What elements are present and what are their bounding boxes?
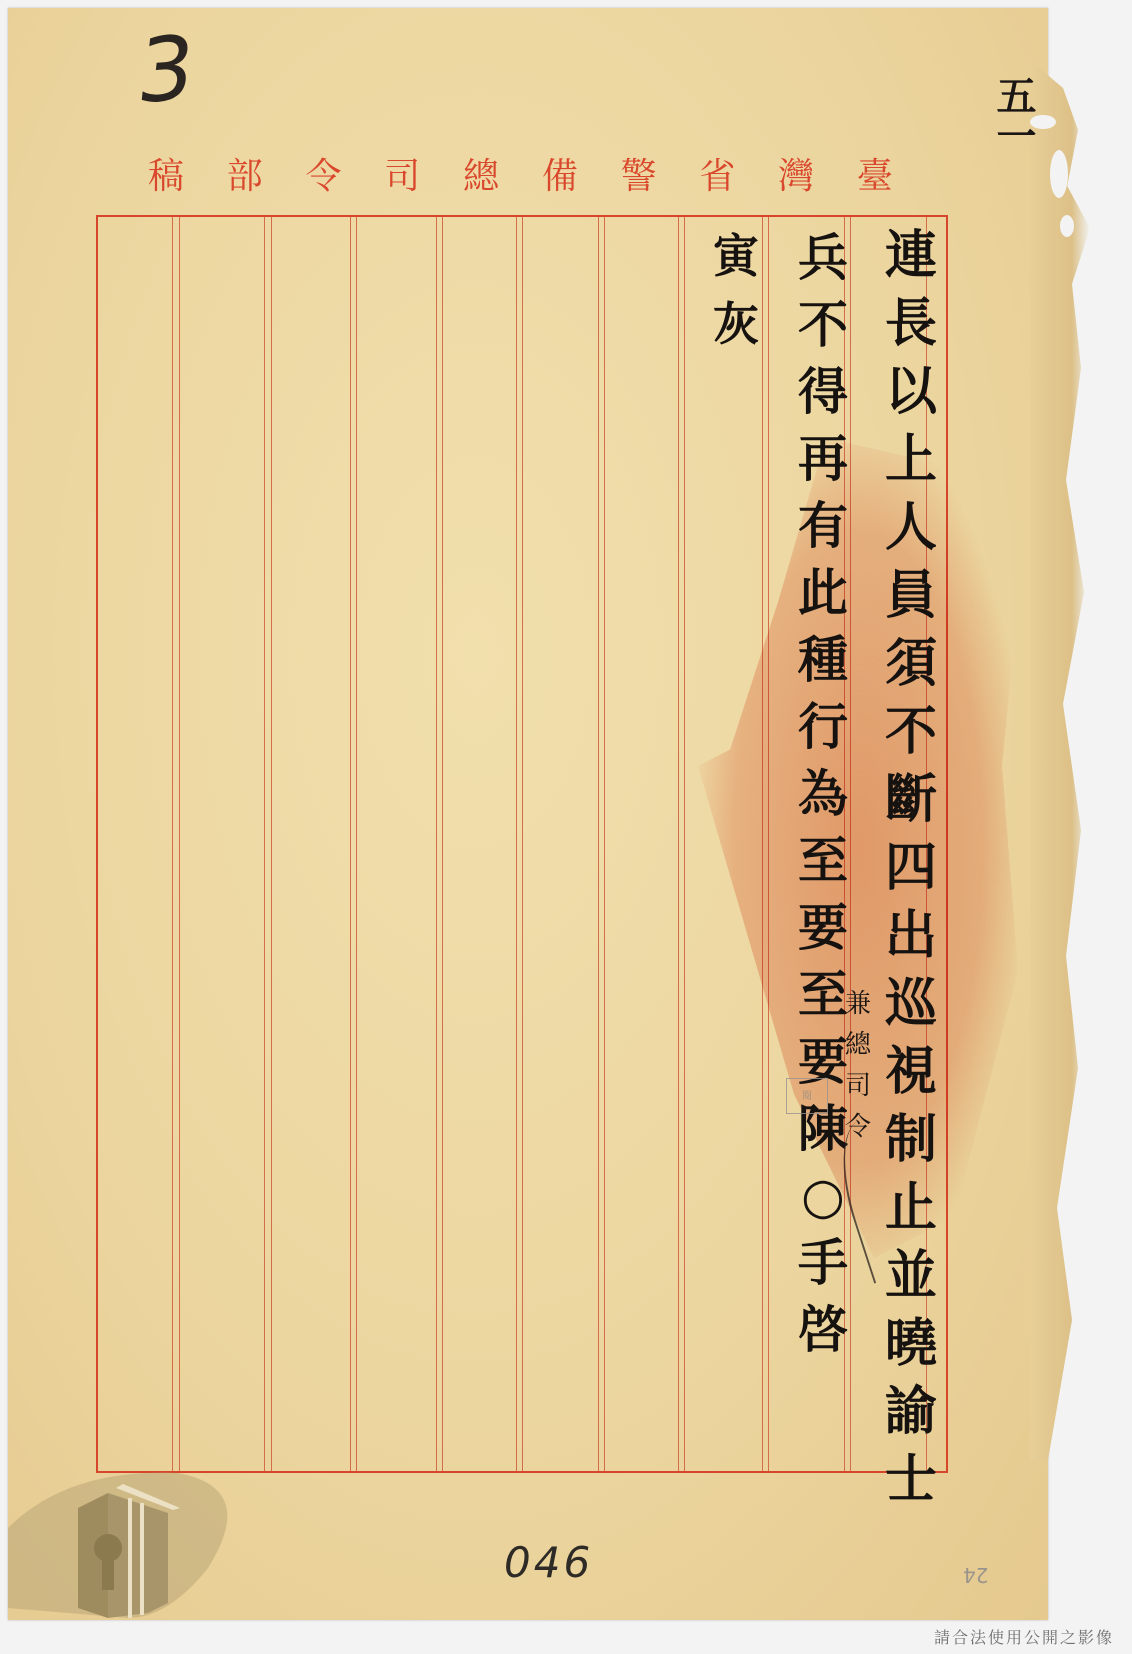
letterhead-char: 警: [621, 148, 657, 199]
torn-paper-edge: [1030, 60, 1090, 1460]
char: 長: [885, 298, 937, 350]
char: 須: [885, 638, 937, 690]
char: 上: [885, 434, 937, 486]
pencil-mark: 3: [133, 16, 200, 124]
letterhead: 稿 部 令 司 總 備 警 省 灣 臺: [148, 148, 893, 198]
letterhead-char: 部: [227, 148, 263, 199]
column-rule: [264, 217, 265, 1471]
paper-hole: [1080, 440, 1088, 448]
letterhead-char: 省: [699, 148, 735, 199]
column-rule: [172, 217, 173, 1471]
char: 灰: [713, 301, 759, 347]
column-rule: [684, 217, 685, 1471]
letterhead-char: 令: [306, 148, 342, 199]
paper-hole: [1050, 150, 1068, 198]
column-rule: [516, 217, 517, 1471]
stamp-text: 閱: [802, 1091, 812, 1102]
column-rule: [350, 217, 351, 1471]
column-rule: [356, 217, 357, 1471]
char: 有: [798, 501, 848, 551]
letterhead-char: 稿: [148, 148, 184, 199]
paper-hole: [1060, 215, 1074, 237]
char: 司: [845, 1065, 871, 1102]
char: 員: [885, 570, 937, 622]
char: 以: [885, 366, 937, 418]
watermark: 請合法使用公開之影像: [934, 1625, 1114, 1648]
column-rule: [604, 217, 605, 1471]
document-page: 3 稿 部 令 司 總 備 警 省 灣 臺 連 長 以: [8, 8, 1048, 1620]
char: 啓: [798, 1305, 848, 1355]
char: 要: [798, 903, 848, 953]
letterhead-char: 備: [542, 148, 578, 199]
char: 四: [885, 842, 937, 894]
char: 不: [798, 300, 848, 350]
char: 此: [798, 568, 848, 618]
char: 行: [798, 702, 848, 752]
text-column-1: 連 長 以 上 人 員 須 不 斷 四 出 巡 視 制 止 並 曉 諭 士: [876, 230, 946, 1506]
char: 為: [798, 769, 848, 819]
char: 連: [885, 230, 937, 282]
archive-logo-icon: [8, 1468, 243, 1628]
char: 斷: [885, 774, 937, 826]
char: ○: [801, 1171, 845, 1221]
column-rule: [522, 217, 523, 1471]
char: 不: [885, 706, 937, 758]
char: 得: [798, 367, 848, 417]
char: 總: [845, 1024, 871, 1061]
column-rule: [271, 217, 272, 1471]
char: 諭: [885, 1386, 937, 1438]
char: 種: [798, 635, 848, 685]
column-rule: [598, 217, 599, 1471]
column-rule: [678, 217, 679, 1471]
char: 再: [798, 434, 848, 484]
char: 出: [885, 910, 937, 962]
char: 手: [798, 1238, 848, 1288]
char: 士: [885, 1454, 937, 1506]
gray-reviewed-stamp: 閱: [786, 1078, 828, 1114]
char: 兼: [845, 983, 871, 1020]
char: 人: [885, 502, 937, 554]
corner-number: 五一: [985, 75, 1042, 155]
page-number: 046: [504, 1538, 593, 1587]
letterhead-char: 灣: [778, 148, 814, 199]
char: 至: [798, 836, 848, 886]
letterhead-char: 司: [384, 148, 420, 199]
char: 巡: [885, 978, 937, 1030]
text-column-3-date: 寅 灰: [706, 233, 766, 347]
column-rule: [436, 217, 437, 1471]
char: 視: [885, 1046, 937, 1098]
letterhead-char: 總: [463, 148, 499, 199]
char: 兵: [798, 233, 848, 283]
char: 曉: [885, 1318, 937, 1370]
column-rule: [442, 217, 443, 1471]
char: 寅: [713, 233, 759, 279]
pencil-note: 24: [963, 1563, 988, 1587]
column-rule: [179, 217, 180, 1471]
letterhead-char: 臺: [857, 148, 893, 199]
